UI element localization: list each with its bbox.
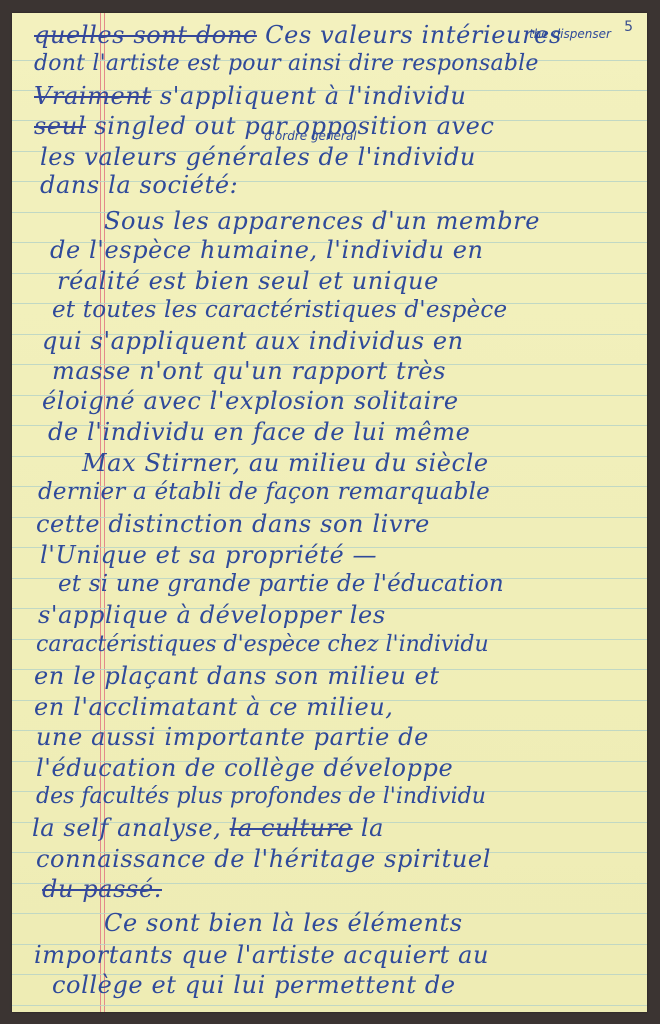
handwritten-line: réalité est bien seul et unique: [57, 269, 439, 293]
handwritten-line: Sous les apparences d'un membre: [104, 209, 540, 233]
line-text: importants que l'artiste acquiert au: [34, 941, 489, 969]
handwritten-line: de l'individu en face de lui même: [48, 420, 470, 444]
line-text: qui s'appliquent aux individus en: [42, 327, 464, 355]
line-text: de l'individu en face de lui même: [48, 418, 470, 446]
line-text: Ces valeurs intérieures: [265, 21, 562, 49]
handwritten-line: une aussi importante partie de: [36, 725, 429, 749]
handwritten-line: éloigné avec l'explosion solitaire: [42, 389, 459, 413]
line-text: s'applique à développer les: [38, 601, 386, 629]
line-text: collège et qui lui permettent de: [52, 971, 456, 999]
line-text: la self analyse,: [32, 814, 221, 842]
handwritten-line: Max Stirner, au milieu du siècle: [82, 451, 489, 475]
line-text: une aussi importante partie de: [36, 723, 429, 751]
line-text: masse n'ont qu'un rapport très: [52, 357, 446, 385]
notepad-page: 5 the dispenser d'ordre général quelles …: [12, 13, 647, 1012]
handwritten-line: Vraiment s'appliquent à l'individu: [34, 84, 466, 108]
struck-text: seul: [34, 112, 86, 140]
handwritten-line: en l'acclimatant à ce milieu,: [34, 695, 394, 719]
line-text: Sous les apparences d'un membre: [104, 207, 540, 235]
handwritten-line: cette distinction dans son livre: [36, 512, 430, 536]
line-text: éloigné avec l'explosion solitaire: [42, 387, 459, 415]
handwritten-line: l'Unique et sa propriété —: [40, 543, 377, 567]
handwritten-line: en le plaçant dans son milieu et: [34, 664, 440, 688]
handwritten-line: du passé.: [42, 877, 162, 901]
handwritten-line: des facultés plus profondes de l'individ…: [36, 786, 486, 808]
handwritten-line: et si une grande partie de l'éducation: [58, 573, 504, 596]
handwritten-line: la self analyse, la culture la: [32, 816, 384, 840]
struck-text: Vraiment: [34, 82, 152, 110]
handwritten-line: l'éducation de collège développe: [36, 756, 453, 780]
handwritten-line: quelles sont donc Ces valeurs intérieure…: [34, 23, 562, 47]
handwritten-line: s'applique à développer les: [38, 603, 386, 627]
line-text: des facultés plus profondes de l'individ…: [36, 784, 486, 809]
line-text: en l'acclimatant à ce milieu,: [34, 693, 394, 721]
line-text: de l'espèce humaine, l'individu en: [50, 236, 484, 264]
handwritten-line: seul singled out par opposition avec: [34, 114, 495, 138]
handwritten-line: Ce sont bien là les éléments: [104, 911, 463, 935]
line-text: les valeurs générales de l'individu: [40, 143, 476, 171]
handwritten-line: dont l'artiste est pour ainsi dire respo…: [34, 53, 539, 75]
line-text: s'appliquent à l'individu: [160, 82, 467, 110]
line-text: réalité est bien seul et unique: [57, 267, 439, 295]
line-text: Ce sont bien là les éléments: [104, 909, 463, 937]
handwritten-line: importants que l'artiste acquiert au: [34, 943, 489, 967]
line-text: la: [361, 814, 384, 842]
line-text: caractéristiques d'espèce chez l'individ…: [36, 632, 489, 657]
handwritten-line: et toutes les caractéristiques d'espèce: [52, 299, 507, 322]
handwritten-line: dernier a établi de façon remarquable: [38, 481, 490, 504]
rule-line: [12, 1005, 647, 1006]
handwritten-line: caractéristiques d'espèce chez l'individ…: [36, 634, 489, 656]
line-text: connaissance de l'héritage spirituel: [36, 845, 491, 873]
line-text: et toutes les caractéristiques d'espèce: [52, 297, 507, 323]
struck-text: du passé.: [42, 875, 162, 903]
handwritten-line: les valeurs générales de l'individu: [40, 145, 476, 169]
line-text: dernier a établi de façon remarquable: [38, 479, 490, 505]
handwritten-line: de l'espèce humaine, l'individu en: [50, 238, 484, 262]
page-number: 5: [624, 19, 633, 35]
struck-text: quelles sont donc: [34, 21, 257, 49]
handwritten-line: connaissance de l'héritage spirituel: [36, 847, 491, 871]
handwritten-line: collège et qui lui permettent de: [52, 973, 456, 997]
handwritten-line: qui s'appliquent aux individus en: [42, 329, 464, 353]
line-text: singled out par opposition avec: [94, 112, 494, 140]
line-text: l'éducation de collège développe: [36, 754, 453, 782]
line-text: en le plaçant dans son milieu et: [34, 662, 440, 690]
line-text: dont l'artiste est pour ainsi dire respo…: [34, 51, 539, 76]
handwritten-line: dans la société:: [40, 173, 238, 197]
line-text: cette distinction dans son livre: [36, 510, 430, 538]
handwritten-line: masse n'ont qu'un rapport très: [52, 359, 446, 383]
line-text: dans la société:: [40, 171, 238, 199]
line-text: l'Unique et sa propriété —: [40, 541, 377, 569]
line-text: et si une grande partie de l'éducation: [58, 571, 504, 597]
struck-text: la culture: [230, 814, 353, 842]
line-text: Max Stirner, au milieu du siècle: [82, 449, 489, 477]
